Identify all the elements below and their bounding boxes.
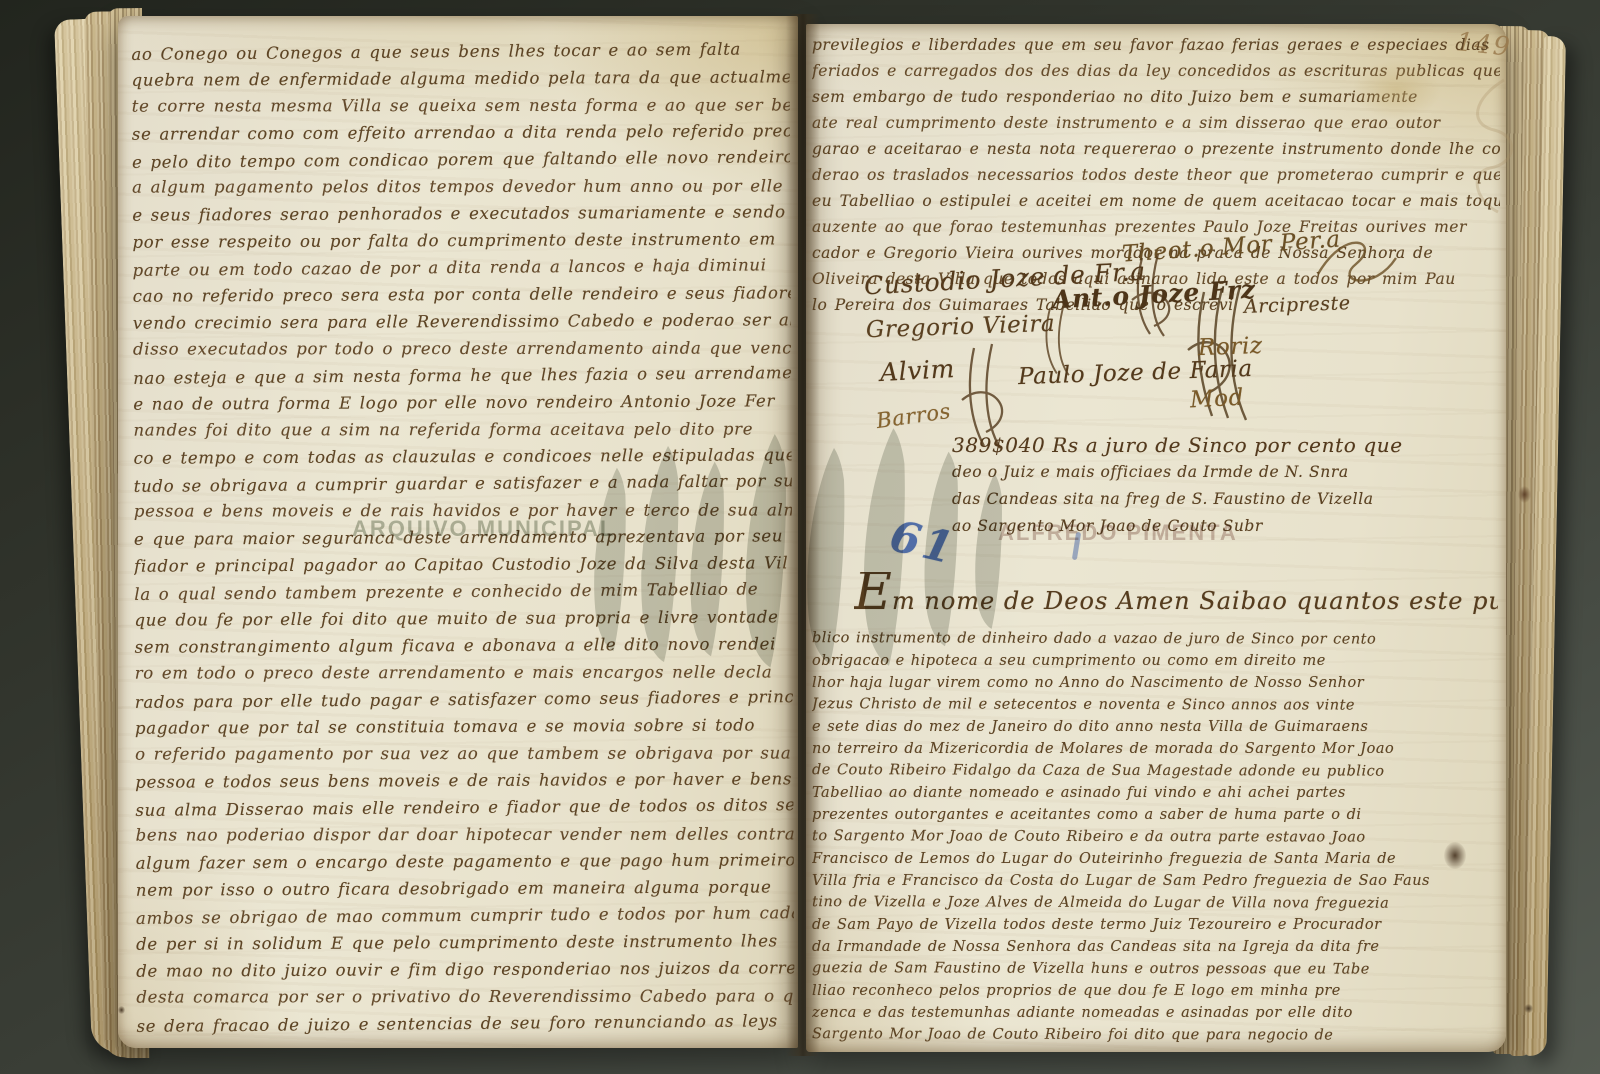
manuscript-line: eu Tabelliao o estipulei e aceitei em no… [812,188,1500,214]
manuscript-line: de Sam Payo de Vizella todos deste termo… [812,914,1502,936]
instrument-heading: Em nome de Deos Amen Saibao quantos este… [854,572,1498,630]
signature-gregorio: Gregorio Vieira [866,311,1056,344]
manuscript-line: Villa fria e Francisco da Costa do Lugar… [812,870,1502,892]
manuscript-line: la o qual sendo tambem prezente e conhec… [134,575,792,608]
manuscript-line: to Sargento Mor Joao de Couto Ribeiro e … [812,825,1502,849]
manuscript-line: previlegios e liberdades que em seu favo… [812,32,1500,58]
signature-mod: Mod [1189,385,1244,414]
manuscript-line: bens nao poderiao dispor dar doar hipote… [136,820,794,848]
manuscript-line: cao no referido preco sera esta por cont… [133,279,791,309]
manuscript-line: prezentes outorgantes e aceitantes como … [812,804,1502,826]
manuscript-line: vendo crecimio sera para elle Reverendis… [133,306,791,336]
manuscript-line: ao Sargento Mor Joao de Couto Subr [952,513,1403,540]
manuscript-line: que dou fe por elle foi dito que muito d… [134,603,792,633]
manuscript-line: tino de Vizella e Joze Alves de Almeida … [812,891,1502,915]
manuscript-line: de Couto Ribeiro Fidalgo da Caza de Sua … [812,759,1502,783]
manuscript-line: garao e aceitarao e nesta nota requerera… [812,136,1500,162]
manuscript-line: lliao reconheco pelos proprios de que do… [812,980,1502,1002]
manuscript-line: se dera fracao de juizo e sentencias de … [136,1007,794,1040]
manuscript-line: pagador que por tal se constituia tomava… [135,711,793,741]
manuscript-line: no terreiro da Mizericordia de Molares d… [812,738,1502,760]
manuscript-line: Tabelliao ao diante nomeado e asinado fu… [812,782,1502,804]
manuscript-line: obrigacao e hipoteca a seu cumprimento o… [812,650,1502,672]
manuscript-line: feriados e carregados dos des dias da le… [812,58,1500,84]
manuscript-line: sem embargo de tudo responderiao no dito… [812,84,1500,110]
manuscript-line: lhor haja lugar virem como no Anno do Na… [812,672,1502,694]
manuscript-line: derao os traslados necessarios todos des… [812,162,1500,188]
manuscript-line: e nao de outra forma E logo por elle nov… [133,387,791,417]
manuscript-line: de per si in solidum E que pelo cumprime… [136,927,794,957]
manuscript-line: tudo se obrigava a cumprir guardar e sat… [134,467,792,500]
manuscript-line: ro em todo o preco deste arrendamento e … [135,658,793,686]
manuscript-line: deo o Juiz e mais officiaes da Irmde de … [952,459,1403,486]
manuscript-line: o referido pagamento por sua vez ao que … [135,739,793,767]
signature-arcipreste: Arcipreste [1244,292,1351,318]
manuscript-line: e que para maior seguranca deste arrenda… [134,522,792,552]
manuscript-line: e sete dias do mez de Janeiro do dito an… [812,716,1502,738]
manuscript-line: te corre nesta mesma Villa se queixa sem… [132,91,790,119]
manuscript-line: e pelo dito tempo com condicao porem que… [132,143,790,176]
photograph-background: ao Conego ou Conegos a que seus bens lhe… [0,0,1600,1074]
manuscript-line: quebra nem de enfermidade alguma medido … [132,63,790,93]
manuscript-line: blico instrumento de dinheiro dado a vaz… [812,627,1502,651]
manuscript-line: Francisco de Lemos do Lugar do Outeirinh… [812,848,1502,870]
manuscript-line: de mao no dito juizo ouvir e fim digo re… [136,954,794,984]
manuscript-line: rados para por elle tudo pagar e satisfa… [135,683,793,716]
manuscript-line: nao esteja e que a sim nesta forma he qu… [133,359,791,392]
fee-note: 389$040 Rs a juro de Sinco por cento que… [952,432,1403,540]
manuscript-line: zenca e das testemunhas adiante nomeadas… [812,1002,1502,1024]
left-page: ao Conego ou Conegos a que seus bens lhe… [118,16,798,1048]
blue-archivist-number: 61 [885,511,960,575]
manuscript-line: sem constrangimento algum ficava e abona… [134,630,792,660]
right-page: 149 previlegios e liberdades que em seu … [806,24,1506,1052]
manuscript-line: ao Conego ou Conegos a que seus bens lhe… [131,35,789,68]
manuscript-line: sua alma Disserao mais elle rendeiro e f… [135,791,793,824]
manuscript-line: a algum pagamento pelos ditos tempos dev… [132,172,790,200]
manuscript-line: da Irmandade de Nossa Senhora das Candea… [812,936,1502,958]
signature-barros: Barros [875,399,953,433]
manuscript-line: disso executados por todo o preco deste … [133,334,791,362]
signature-alvim: Alvim [879,354,955,387]
manuscript-line: guezia de Sam Faustino de Vizella huns e… [812,957,1502,981]
manuscript-line: e seus fiadores serao penhorados e execu… [132,198,790,228]
manuscript-line: algum fazer sem o encargo deste pagament… [136,846,794,876]
manuscript-line: das Candeas sita na freg de S. Faustino … [952,486,1403,513]
manuscript-line: auzente ao que forao testemunhas prezent… [812,214,1500,240]
left-page-text: ao Conego ou Conegos a que seus bens lhe… [131,36,794,1038]
manuscript-book: ao Conego ou Conegos a que seus bens lhe… [0,0,1600,1074]
manuscript-line: Sargento Mor Joao de Couto Ribeiro foi d… [812,1023,1502,1047]
manuscript-line: desta comarca por ser o privativo do Rev… [136,982,794,1010]
manuscript-line: parte ou em todo cazao de por a dita ren… [132,251,790,284]
manuscript-line: ate real cumprimento deste instrumento e… [812,110,1500,136]
manuscript-line: Jezus Christo de mil e setecentos e nove… [812,693,1502,717]
right-page-instrument-text: blico instrumento de dinheiro dado a vaz… [812,628,1502,1046]
manuscript-line: ambos se obrigao de mao commum cumprir t… [136,899,794,932]
manuscript-line: 389$040 Rs a juro de Sinco por cento que [952,432,1403,459]
signature-roriz: Roriz [1198,333,1264,361]
manuscript-line: pessoa e bens moveis e de rais havidos e… [134,496,792,524]
manuscript-line: nandes foi dito que a sim na referida fo… [133,415,791,443]
